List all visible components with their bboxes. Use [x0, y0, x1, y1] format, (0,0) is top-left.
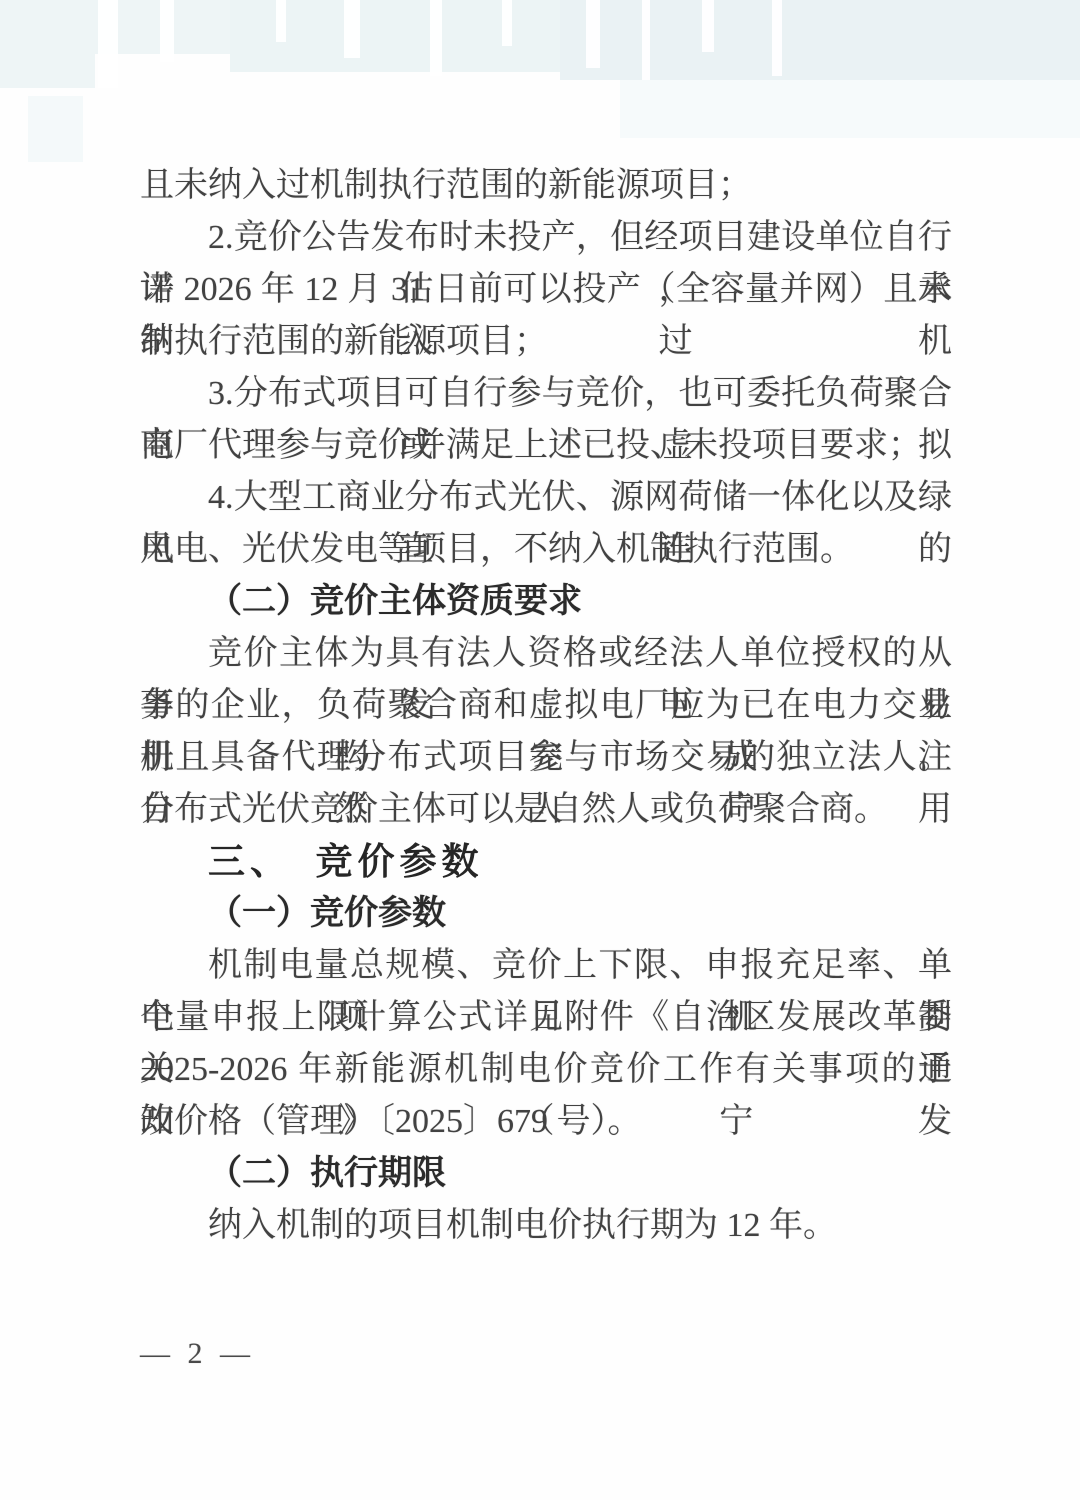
scan-artifact-streak	[772, 0, 782, 76]
section-heading: 三、 竞价参数	[140, 836, 952, 888]
scan-artifact-streak	[276, 0, 286, 42]
scan-artifact-band	[0, 0, 95, 88]
paragraph-line: 纳入机制的项目机制电价执行期为 12 年。	[140, 1200, 952, 1252]
paragraph-line: 2025-2026 年新能源机制电价竞价工作有关事项的通知》（宁发	[140, 1044, 952, 1096]
scan-artifact-streak	[642, 0, 650, 80]
paragraph-line: 竞价主体为具有法人资格或经法人单位授权的从事发电业	[140, 628, 952, 680]
paragraph-line: 分布式光伏竞价主体可以是自然人或负荷聚合商。	[140, 784, 952, 836]
paragraph-line: 3.分布式项目可自行参与竞价，也可委托负荷聚合商或虚拟	[140, 368, 952, 420]
paragraph-line: 4.大型工商业分布式光伏、源网荷储一体化以及绿电直连的	[140, 472, 952, 524]
scan-artifact-band	[560, 0, 1080, 80]
scan-artifact-streak	[344, 0, 360, 58]
paragraph-line: 电厂代理参与竞价并满足上述已投、未投项目要求；	[140, 420, 952, 472]
scan-artifact-streak	[160, 0, 174, 62]
document-body: 且未纳入过机制执行范围的新能源项目； 2.竞价公告发布时未投产，但经项目建设单位…	[140, 160, 952, 1252]
scan-artifact-streak	[502, 0, 512, 46]
paragraph-line: 诺 2026 年 12 月 31 日前可以投产（全容量并网）且未纳入过机	[140, 264, 952, 316]
paragraph-line: 机制电量总规模、竞价上下限、申报充足率、单个项目机制	[140, 940, 952, 992]
paragraph-line: 风电、光伏发电等项目，不纳入机制执行范围。	[140, 524, 952, 576]
scan-artifact-band	[620, 80, 1080, 138]
paragraph-line: 且未纳入过机制执行范围的新能源项目；	[140, 160, 952, 212]
paragraph-line: 2.竞价公告发布时未投产，但经项目建设单位自行评估，承	[140, 212, 952, 264]
subsection-heading: （一）竞价参数	[140, 888, 952, 940]
scan-artifact-streak	[430, 0, 442, 76]
paragraph-line: 务的企业，负荷聚合商和虚拟电厂应为已在电力交易机构完成注	[140, 680, 952, 732]
subsection-heading: （二）竞价主体资质要求	[140, 576, 952, 628]
scan-artifact-streak	[586, 0, 600, 68]
scan-artifact-band	[28, 96, 83, 162]
scanned-document-page: 且未纳入过机制执行范围的新能源项目； 2.竞价公告发布时未投产，但经项目建设单位…	[0, 0, 1080, 1500]
scan-artifact-streak	[98, 0, 118, 88]
subsection-heading: （二）执行期限	[140, 1148, 952, 1200]
paragraph-line: 电量申报上限计算公式详见附件《自治区发展改革委关于	[140, 992, 952, 1044]
scan-artifact-streak	[702, 0, 714, 52]
page-number: — 2 —	[140, 1336, 253, 1372]
paragraph-line: 册且具备代理分布式项目参与市场交易的独立法人。自然人户用	[140, 732, 952, 784]
